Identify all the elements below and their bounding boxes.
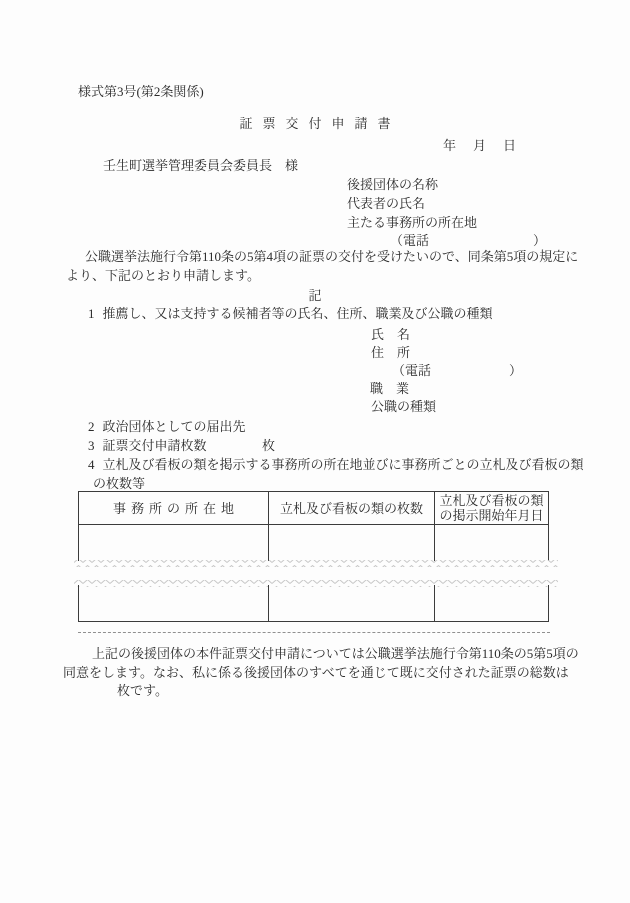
item-2-text: 政治団体としての届出先	[103, 419, 246, 434]
item-1-heading: 1推薦し、又は支持する候補者等の氏名、住所、職業及び公職の種類	[88, 306, 493, 321]
document-title: 証票交付申請書	[0, 116, 630, 131]
display-start-date-header-line-2: の掲示開始年月日	[439, 508, 543, 523]
candidate-name-field-label: 氏 名	[371, 327, 410, 342]
item-3-number: 3	[88, 438, 95, 453]
applicant-phone-field-label: （電話 ）	[390, 233, 546, 248]
application-form-page: 様式第3号(第2条関係) 証票交付申請書 年 月 日 壬生町選挙管理委員会委員長…	[0, 0, 630, 903]
item-2-heading: 2政治団体としての届出先	[88, 419, 246, 434]
addressee-line: 壬生町選挙管理委員会委員長 様	[103, 158, 298, 173]
record-heading: 記	[0, 288, 630, 303]
office-address-cell-empty	[79, 585, 269, 621]
sign-count-cell-empty	[269, 585, 435, 621]
item-2-number: 2	[88, 419, 95, 434]
request-paragraph-line-1: 公職選挙法施行令第110条の5第4項の証票の交付を受けたいので、同条第5項の規定…	[85, 249, 578, 264]
sign-count-cell-empty	[269, 525, 435, 561]
display-start-date-column-header: 立札及び看板の類 の掲示開始年月日	[435, 492, 548, 524]
consent-paragraph-line-3: 枚です。	[117, 683, 168, 698]
cut-separator-dashed-line	[78, 632, 550, 633]
main-office-address-field-label: 主たる事務所の所在地	[347, 215, 477, 230]
item-4-number: 4	[88, 457, 95, 472]
offices-table-row-last	[78, 585, 549, 622]
office-address-column-header: 事務所の所在地	[79, 492, 269, 524]
public-office-type-field-label: 公職の種類	[371, 399, 436, 414]
date-line: 年 月 日	[443, 138, 518, 153]
item-3-heading: 3証票交付申請枚数	[88, 438, 207, 453]
candidate-phone-field-label: （電話 ）	[392, 363, 522, 378]
display-start-date-cell-empty	[435, 585, 548, 621]
offices-table-row-1	[78, 525, 549, 561]
consent-paragraph-line-2: 同意をします。なお、私に係る後援団体のすべてを通じて既に交付された証票の総数は	[63, 665, 569, 680]
item-3-text: 証票交付申請枚数	[103, 438, 207, 453]
item-4-text-line-2: の枚数等	[93, 476, 145, 491]
candidate-address-field-label: 住 所	[371, 345, 410, 360]
item-4-text-line-1: 立札及び看板の類を掲示する事務所の所在地並びに事務所ごとの立札及び看板の類	[103, 457, 584, 472]
display-start-date-cell-empty	[435, 525, 548, 561]
group-name-field-label: 後援団体の名称	[347, 177, 438, 192]
item-4-heading-line-1: 4立札及び看板の類を掲示する事務所の所在地並びに事務所ごとの立札及び看板の類	[88, 457, 584, 472]
sign-count-column-header: 立札及び看板の類の枚数	[269, 492, 435, 524]
representative-name-field-label: 代表者の氏名	[347, 196, 425, 211]
consent-paragraph-line-1: 上記の後援団体の本件証票交付申請については公職選挙法施行令第110条の5第5項の	[92, 646, 579, 661]
request-paragraph-line-2: より、下記のとおり申請します。	[66, 268, 260, 283]
office-address-cell-empty	[79, 525, 269, 561]
form-note: 様式第3号(第2条関係)	[78, 84, 204, 99]
item-1-number: 1	[88, 306, 95, 321]
display-start-date-header-line-1: 立札及び看板の類	[439, 493, 543, 508]
candidate-occupation-field-label: 職 業	[370, 381, 409, 396]
offices-table-header-row: 事務所の所在地 立札及び看板の類の枚数 立札及び看板の類 の掲示開始年月日	[78, 491, 549, 525]
item-1-text: 推薦し、又は支持する候補者等の氏名、住所、職業及び公職の種類	[103, 306, 493, 321]
sheets-unit-label: 枚	[262, 438, 275, 453]
